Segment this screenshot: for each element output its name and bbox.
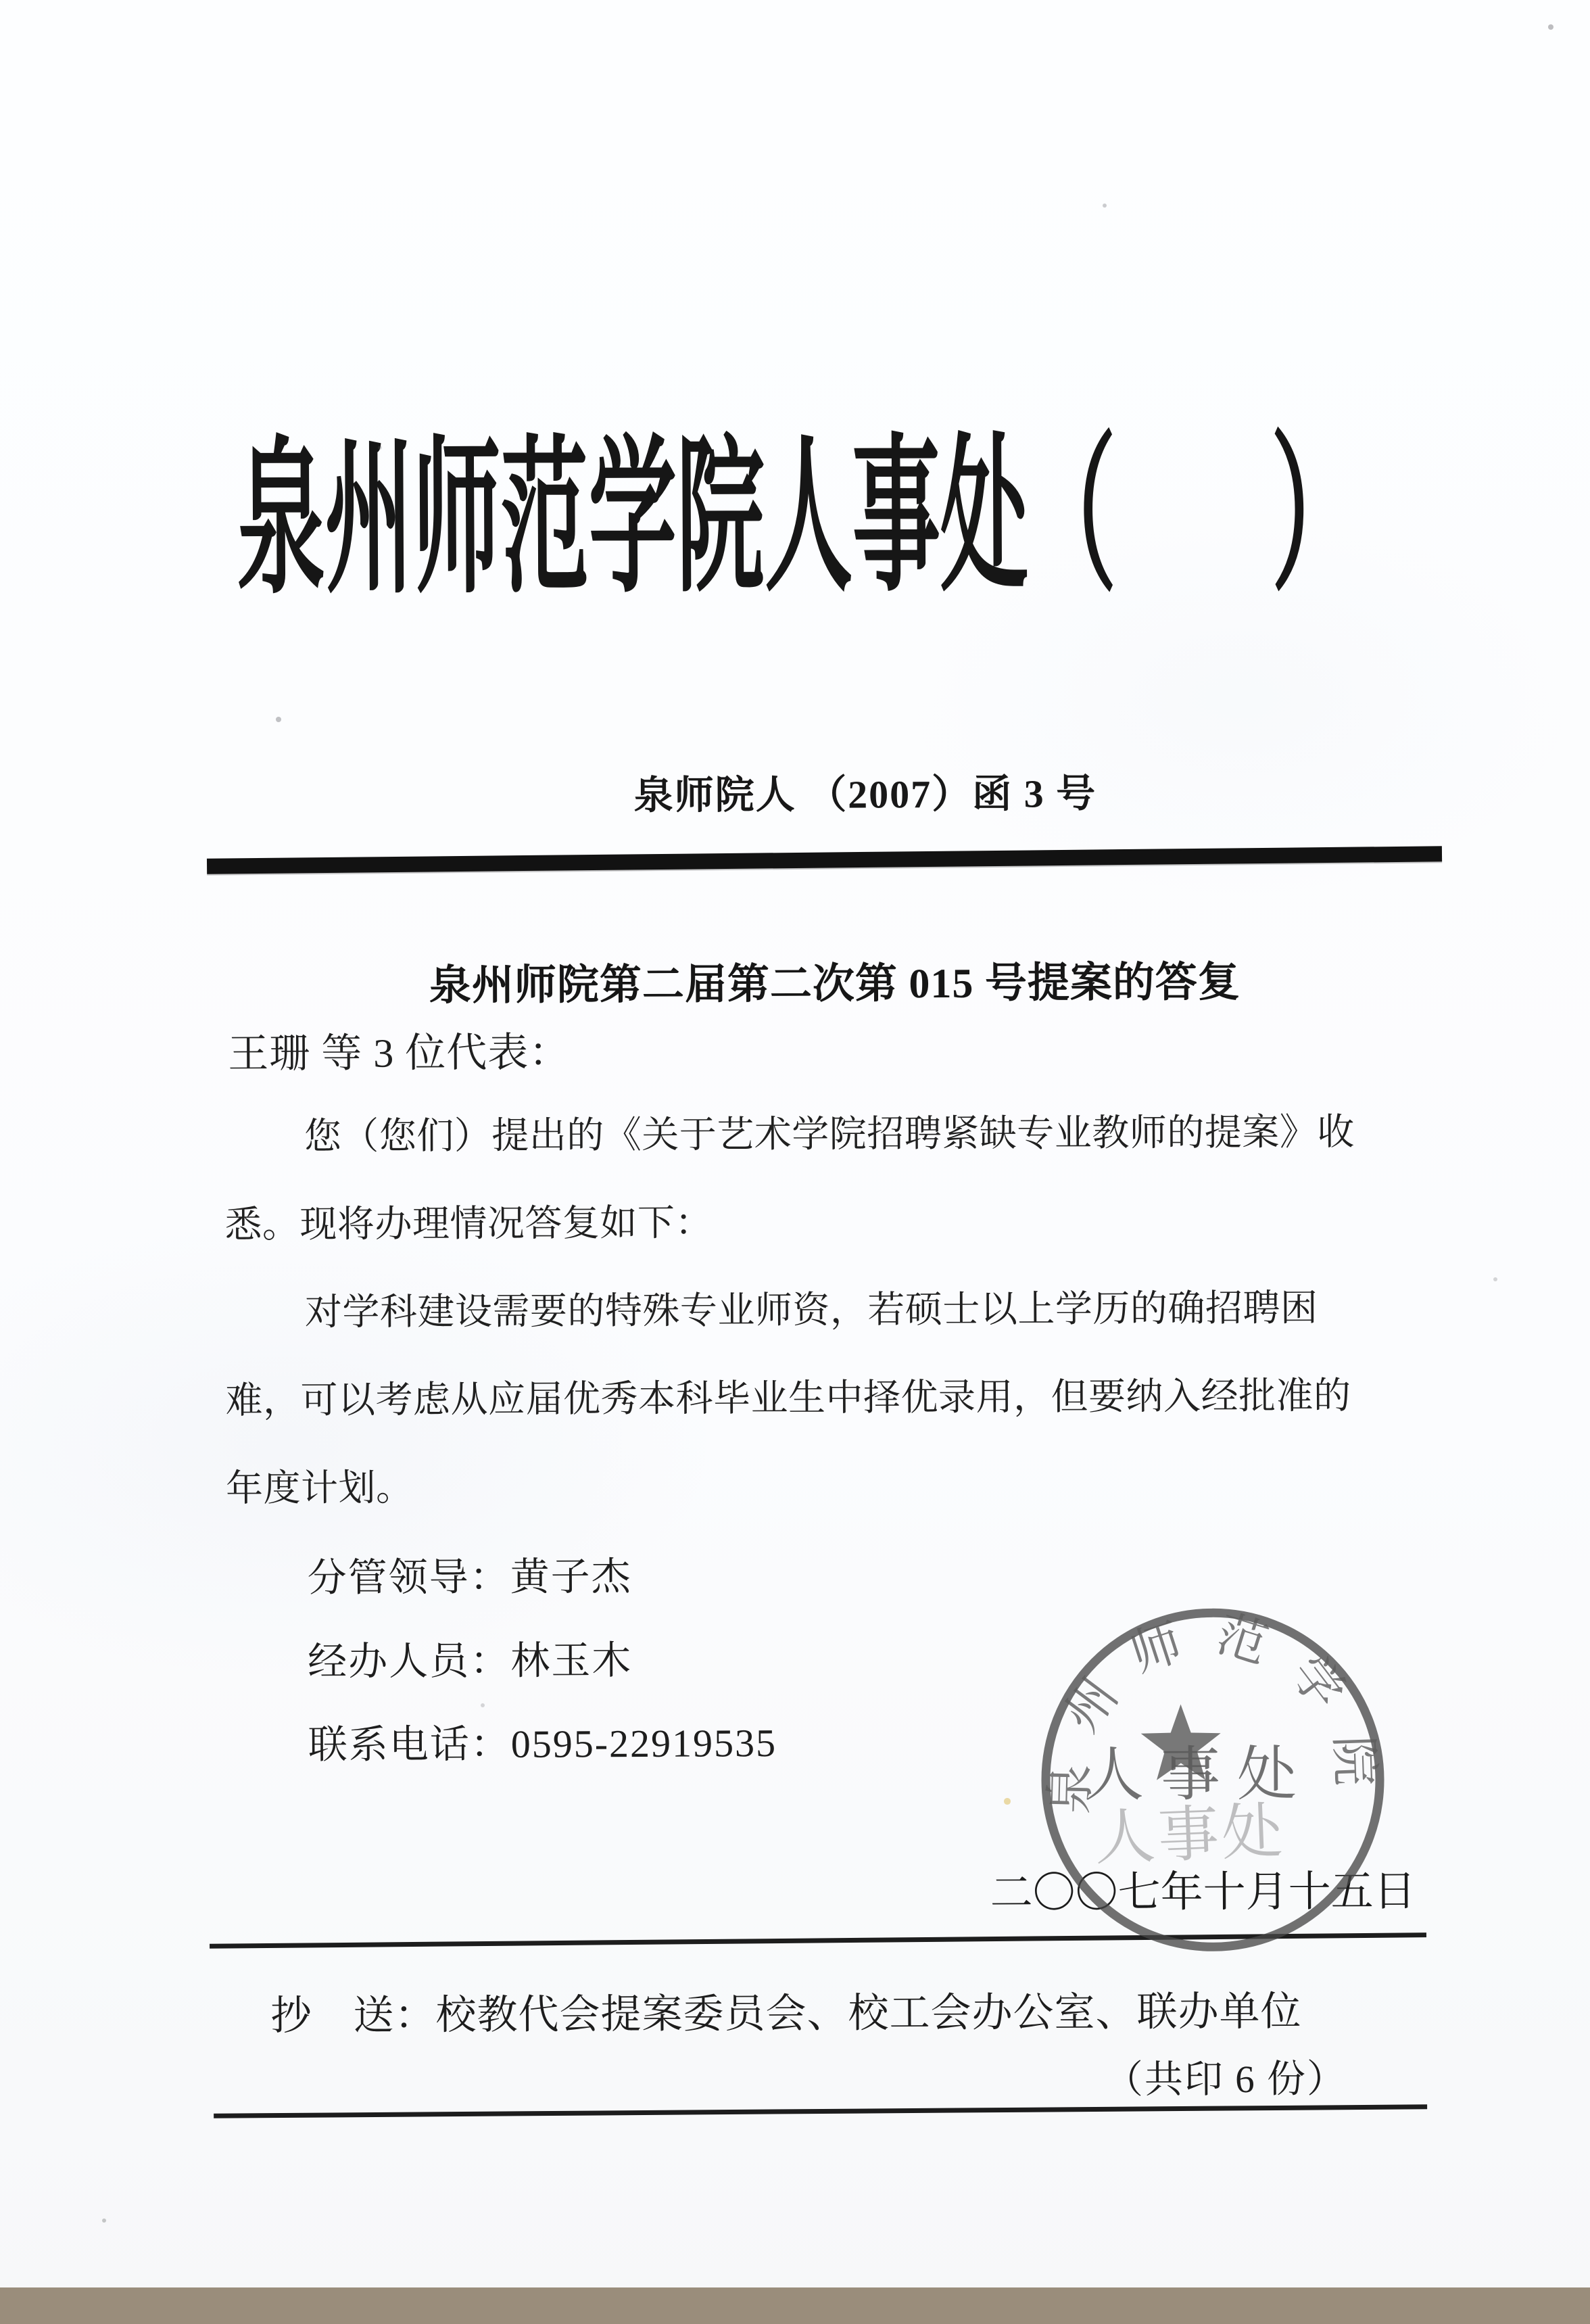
scan-edge-artifact bbox=[0, 2287, 1590, 2324]
letterhead-paren-open: （ bbox=[1028, 323, 1117, 713]
official-seal: 泉州师范学院 人事处 人事处 bbox=[992, 1556, 1434, 2004]
body-line: 对学科建设需要的特殊专业师资，若硕士以上学历的确招聘困 bbox=[305, 1278, 1318, 1336]
divider-bottom bbox=[214, 2104, 1427, 2118]
body-line: 悉。现将办理情况答复如下： bbox=[224, 1193, 713, 1248]
leader-name: 黄子杰 bbox=[510, 1555, 632, 1599]
signature-phone-row: 联系电话：0595-22919535 bbox=[308, 1711, 777, 1770]
letterhead-paren-close: ） bbox=[1271, 322, 1361, 712]
salutation-line: 王珊 等 3 位代表： bbox=[228, 1020, 570, 1079]
body-line: 您（您们）提出的《关于艺术学院招聘紧缺专业教师的提案》收 bbox=[304, 1101, 1355, 1160]
letterhead-title: 泉州师范学院人事处 bbox=[237, 323, 1030, 716]
handler-name: 林玉木 bbox=[510, 1638, 632, 1683]
handler-label: 经办人员： bbox=[308, 1639, 510, 1684]
document-content: 泉州师范学院人事处 （ ） 泉师院人 （2007）函 3 号 泉州师院第二届第二… bbox=[0, 0, 1590, 2324]
seal-ghost-text: 人事处 bbox=[1093, 1799, 1286, 1873]
scanned-document-page: 泉州师范学院人事处 （ ） 泉师院人 （2007）函 3 号 泉州师院第二届第二… bbox=[0, 0, 1590, 2324]
leader-label: 分管领导： bbox=[308, 1555, 510, 1600]
phone-label: 联系电话： bbox=[308, 1722, 511, 1767]
signature-handler-row: 经办人员：林玉木 bbox=[308, 1628, 632, 1686]
letterhead-blank-space bbox=[1116, 517, 1272, 518]
scan-noise-dots bbox=[0, 0, 3, 3]
body-line: 难，可以考虑从应届优秀本科毕业生中择优录用，但要纳入经批准的 bbox=[225, 1365, 1351, 1423]
cc-label: 抄 送： bbox=[270, 1993, 435, 2038]
signature-leader-row: 分管领导：黄子杰 bbox=[307, 1544, 631, 1603]
body-line: 年度计划。 bbox=[226, 1457, 414, 1511]
divider-thick bbox=[207, 846, 1442, 874]
phone-number: 0595-22919535 bbox=[511, 1721, 777, 1766]
doc-number: 泉师院人 （2007）函 3 号 bbox=[633, 761, 1097, 820]
print-count: （共印 6 份） bbox=[1105, 2047, 1347, 2104]
subject-line: 泉州师院第二届第二次第 015 号提案的答复 bbox=[429, 948, 1240, 1012]
letterhead: 泉州师范学院人事处 （ ） bbox=[237, 415, 1359, 623]
